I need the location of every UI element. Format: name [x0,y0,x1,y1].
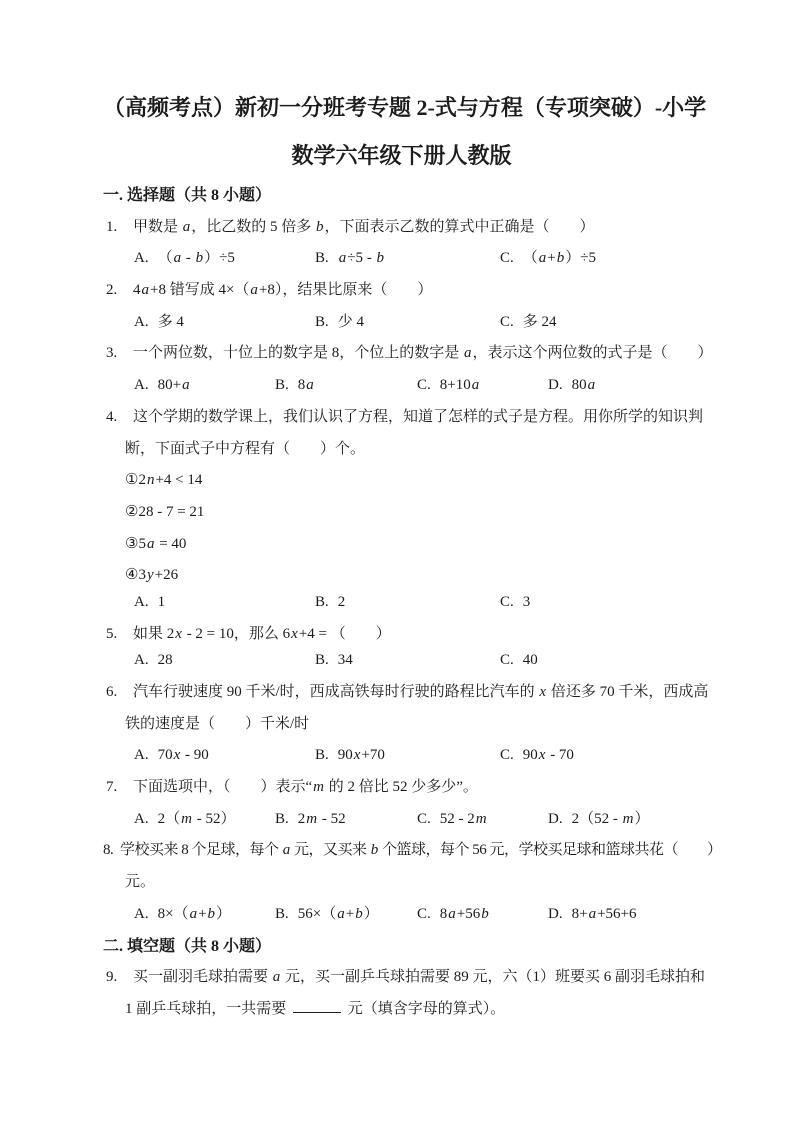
option-label: B. [275,906,289,922]
question-6-options: A.70x - 90 B.90x+70 C.90x - 70 [103,740,700,772]
question-7: 7.下面选项中，（ ）表示“m 的 2 倍比 52 少多少”。 [103,772,700,804]
text-run: - 52） [193,811,236,827]
question-7-option-d: D.2（52 - m） [548,804,649,836]
option-expression: 8a [298,377,315,393]
text-run: 40 [523,652,538,668]
option-expression: 2m - 52 [298,811,346,827]
question-8-number: 8. [103,835,120,867]
option-expression: 80+a [158,377,191,393]
math-variable: a [588,906,598,922]
math-variable: m [622,811,635,827]
text-run: ，表示这个两位数的式子是（ ） [473,345,713,361]
question-2: 2.4a+8 错写成 4×（a+8），结果比原来（ ） [103,275,700,307]
math-variable: b [315,219,325,235]
text-run: +8 错写成 4×（ [150,282,249,298]
text-run: 个篮球，每个 56 元，学校买足球和篮球共花（ ） [379,842,722,858]
option-label: B. [315,250,329,266]
question-3-option-c: C.8+10a [417,370,480,402]
option-expression: 2 [338,594,346,610]
section-heading-choice: 一. 选择题（共 8 小题） [103,180,700,212]
question-4-option-c: C.3 [500,587,530,619]
option-label: D. [548,906,563,922]
question-7-options: A.2（m - 52） B.2m - 52 C.52 - 2m D.2（52 -… [103,804,700,836]
text-run: 2 [338,594,346,610]
text-run: 下面选项中，（ ）表示“ [133,779,312,795]
option-expression: 3 [523,594,531,610]
option-expression: 2（m - 52） [158,811,236,827]
option-expression: （a+b）÷5 [523,250,596,266]
text-run: 2（52 - [572,811,622,827]
question-8-text-line-1: 学校买来 8 个足球，每个 a 元，又买来 b 个篮球，每个 56 元，学校买足… [120,842,722,858]
question-7-text: 下面选项中，（ ）表示“m 的 2 倍比 52 少多少”。 [133,779,478,795]
math-variable: a [173,250,183,266]
document-title: （高频考点）新初一分班考专题 2-式与方程（专项突破）-小学 数学六年级下册人教… [103,84,700,180]
question-2-number: 2. [103,275,133,307]
text-run: 的 2 倍比 52 少多少”。 [325,779,478,795]
question-7-option-b: B.2m - 52 [275,804,346,836]
fill-blank-underline [293,998,341,1013]
option-label: C. [417,377,431,393]
question-3-option-d: D.80a [548,370,596,402]
text-run: 买一副羽毛球拍需要 [133,969,272,985]
text-run: 1 副乒乓球拍，一共需要 [125,1001,290,1017]
math-variable: a [181,377,191,393]
option-label: A. [134,250,149,266]
question-9-text-line-2: 1 副乒乓球拍，一共需要 元（填含字母的算式）。 [103,994,700,1026]
text-run: ）÷5 [565,250,596,266]
option-label: B. [315,747,329,763]
option-label: C. [500,250,514,266]
question-5-option-a: A.28 [134,645,173,677]
math-variable: b [354,906,364,922]
text-run: 倍还多 70 千米，西成高 [547,684,708,700]
question-8-text-line-2: 元。 [103,867,700,899]
text-run: 8+ [572,906,588,922]
text-run: - 90 [181,747,209,763]
text-run: 少 4 [338,314,364,330]
question-2-option-a: A.多 4 [134,307,184,339]
section-heading-fill: 二. 填空题（共 8 小题） [103,931,700,963]
text-run: 52 - 2 [440,811,475,827]
text-run: 3 [523,594,531,610]
option-expression: 70x - 90 [158,747,209,763]
math-variable: x [173,747,182,763]
option-label: B. [315,594,329,610]
question-8: 8.学校买来 8 个足球，每个 a 元，又买来 b 个篮球，每个 56 元，学校… [103,835,700,867]
text-run: + [547,250,555,266]
question-1-option-b: B.a÷5 - b [315,243,385,275]
text-run: - 70 [546,747,574,763]
question-2-option-b: B.少 4 [315,307,364,339]
option-expression: 34 [338,652,353,668]
math-variable: a [463,345,473,361]
question-3-options: A.80+a B.8a C.8+10a D.80a [103,370,700,402]
math-variable: x [290,626,299,642]
option-label: D. [548,377,563,393]
math-variable: a [538,250,548,266]
math-variable: a [249,282,259,298]
question-8-option-a: A.8×（a+b） [134,899,231,931]
question-5-options: A.28 B.34 C.40 [103,645,700,677]
option-expression: 多 4 [158,314,184,330]
option-label: C. [500,652,514,668]
math-variable: a [471,377,481,393]
text-run: 元。 [125,874,155,890]
text-run: 多 4 [158,314,184,330]
text-run: 80 [572,377,587,393]
question-9-number: 9. [103,962,133,994]
question-2-options: A.多 4 B.少 4 C.多 24 [103,307,700,339]
text-run: ） [364,906,379,922]
text-run: +8），结果比原来（ ） [259,282,432,298]
option-label: A. [134,377,149,393]
question-4-text-line-2: 断，下面式子中方程有（ ）个。 [103,434,700,466]
question-4: 4.这个学期的数学课上，我们认识了方程，知道了怎样的式子是方程。用你所学的知识判 [103,402,700,434]
text-run: 56×（ [298,906,336,922]
option-expression: 90x - 70 [523,747,574,763]
text-run: + [346,906,354,922]
option-expression: 2（52 - m） [572,811,650,827]
option-expression: 90x+70 [338,747,385,763]
option-label: A. [134,652,149,668]
document-title-line-2: 数学六年级下册人教版 [103,132,700,180]
text-run: +4 < 14 [155,472,202,488]
math-variable: a [447,906,457,922]
text-run: +70 [361,747,384,763]
text-run: ①2 [125,472,146,488]
question-9: 9.买一副羽毛球拍需要 a 元，买一副乒乓球拍需要 89 元，六（1）班要买 6… [103,962,700,994]
option-expression: a÷5 - b [338,250,385,266]
option-label: B. [315,652,329,668]
option-expression: （a - b）÷5 [158,250,235,266]
text-run: （ [158,250,173,266]
text-run: - 2 = 10，那么 6 [183,626,290,642]
text-run: 汽车行驶速度 90 千米/时，西成高铁每时行驶的路程比汽车的 [133,684,538,700]
question-6: 6.汽车行驶速度 90 千米/时，西成高铁每时行驶的路程比汽车的 x 倍还多 7… [103,677,700,709]
question-4-item-2: ②28 - 7 = 21 [103,497,700,529]
text-run: 这个学期的数学课上，我们认识了方程，知道了怎样的式子是方程。用你所学的知识判 [133,409,703,425]
question-1-option-c: C.（a+b）÷5 [500,243,596,275]
question-1-text: 甲数是 a，比乙数的 5 倍多 b，下面表示乙数的算式中正确是（ ） [133,219,595,235]
math-variable: b [195,250,205,266]
question-6-option-a: A.70x - 90 [134,740,209,772]
question-3-option-b: B.8a [275,370,315,402]
option-expression: 28 [158,652,173,668]
option-label: A. [134,906,149,922]
option-expression: 少 4 [338,314,364,330]
option-expression: 52 - 2m [440,811,488,827]
math-variable: a [305,377,315,393]
math-variable: b [376,250,386,266]
option-label: A. [134,811,149,827]
text-run: ，下面表示乙数的算式中正确是（ ） [325,219,595,235]
question-7-option-c: C.52 - 2m [417,804,488,836]
document-page: （高频考点）新初一分班考专题 2-式与方程（专项突破）-小学 数学六年级下册人教… [0,0,793,1122]
option-expression: 8×（a+b） [158,906,231,922]
math-variable: y [146,567,155,583]
question-7-number: 7. [103,772,133,804]
math-variable: a [336,906,346,922]
option-expression: 8a+56b [440,906,490,922]
option-expression: 1 [158,594,166,610]
question-3-option-a: A.80+a [134,370,191,402]
math-variable: a [338,250,348,266]
question-8-option-c: C.8a+56b [417,899,490,931]
option-expression: 80a [572,377,597,393]
question-4-option-a: A.1 [134,587,165,619]
question-4-item-1: ①2n+4 < 14 [103,465,700,497]
text-run: ）÷5 [204,250,235,266]
option-expression: 40 [523,652,538,668]
math-variable: a [189,906,199,922]
text-run: 如果 2 [133,626,174,642]
text-run: 学校买来 8 个足球，每个 [120,842,282,858]
text-run: 70 [158,747,173,763]
text-run: +26 [155,567,178,583]
question-4-options: A.1 B.2 C.3 [103,587,700,619]
text-run: +56 [457,906,480,922]
question-4-option-b: B.2 [315,587,345,619]
question-8-options: A.8×（a+b） B.56×（a+b） C.8a+56b D.8+a+56+6 [103,899,700,931]
text-run: - [182,250,195,266]
option-label: A. [134,747,149,763]
text-run: ） [216,906,231,922]
option-label: C. [500,747,514,763]
math-variable: b [556,250,566,266]
math-variable: m [312,779,325,795]
question-8-option-d: D.8+a+56+6 [548,899,636,931]
option-label: C. [417,906,431,922]
text-run: 28 [158,652,173,668]
option-label: D. [548,811,563,827]
text-run: 80+ [158,377,181,393]
math-variable: a [282,842,291,858]
text-run: 多 24 [523,314,557,330]
question-1-option-a: A.（a - b）÷5 [134,243,235,275]
text-run: 8+10 [440,377,471,393]
question-9-text-line-1: 买一副羽毛球拍需要 a 元，买一副乒乓球拍需要 89 元，六（1）班要买 6 副… [133,969,705,985]
text-run: - 52 [318,811,346,827]
text-run: = 40 [155,536,186,552]
question-1-options: A.（a - b）÷5 B.a÷5 - b C.（a+b）÷5 [103,243,700,275]
option-expression: 多 24 [523,314,557,330]
math-variable: m [475,811,488,827]
math-variable: m [305,811,318,827]
math-variable: b [480,906,490,922]
question-3-number: 3. [103,338,133,370]
math-variable: a [272,969,282,985]
option-label: A. [134,314,149,330]
text-run: 90 [523,747,538,763]
question-4-item-3: ③5a = 40 [103,529,700,561]
text-run: 34 [338,652,353,668]
text-run: 2（ [158,811,181,827]
question-7-option-a: A.2（m - 52） [134,804,235,836]
option-label: B. [275,811,289,827]
option-expression: 56×（a+b） [298,906,379,922]
question-6-option-b: B.90x+70 [315,740,385,772]
option-label: C. [500,594,514,610]
math-variable: a [141,282,151,298]
question-6-text-line-1: 汽车行驶速度 90 千米/时，西成高铁每时行驶的路程比汽车的 x 倍还多 70 … [133,684,708,700]
option-label: C. [500,314,514,330]
text-run: 8×（ [158,906,189,922]
text-run: 元，买一副乒乓球拍需要 89 元，六（1）班要买 6 副羽毛球拍和 [281,969,705,985]
text-run: + [198,906,206,922]
question-5-text: 如果 2x - 2 = 10，那么 6x+4 = （ ） [133,626,391,642]
text-run: 铁的速度是（ ）千米/时 [125,716,309,732]
text-run: +4 = （ ） [299,626,391,642]
option-expression: 8+10a [440,377,480,393]
math-variable: x [174,626,183,642]
question-5-option-b: B.34 [315,645,353,677]
math-variable: b [370,842,379,858]
option-expression: 8+a+56+6 [572,906,637,922]
text-run: 元（填含字母的算式）。 [344,1001,505,1017]
question-3: 3.一个两位数，十位上的数字是 8，个位上的数字是 a，表示这个两位数的式子是（… [103,338,700,370]
question-4-text-line-1: 这个学期的数学课上，我们认识了方程，知道了怎样的式子是方程。用你所学的知识判 [133,409,703,425]
question-5-option-c: C.40 [500,645,538,677]
question-1-number: 1. [103,212,133,244]
text-run: 甲数是 [133,219,182,235]
question-6-text-line-2: 铁的速度是（ ）千米/时 [103,709,700,741]
question-1: 1.甲数是 a，比乙数的 5 倍多 b，下面表示乙数的算式中正确是（ ） [103,212,700,244]
question-8-option-b: B.56×（a+b） [275,899,379,931]
text-run: 一个两位数，十位上的数字是 8，个位上的数字是 [133,345,463,361]
text-run: 90 [338,747,353,763]
question-2-option-c: C.多 24 [500,307,557,339]
text-run: +56+6 [597,906,636,922]
math-variable: m [180,811,193,827]
option-label: B. [315,314,329,330]
option-label: B. [275,377,289,393]
text-run: ，比乙数的 5 倍多 [191,219,315,235]
text-run: 元，又买来 [291,842,370,858]
math-variable: b [207,906,217,922]
text-run: ） [634,811,649,827]
option-label: C. [417,811,431,827]
text-run: （ [523,250,538,266]
text-run: ④3 [125,567,146,583]
math-variable: a [587,377,597,393]
question-6-number: 6. [103,677,133,709]
text-run: ③5 [125,536,146,552]
question-3-text: 一个两位数，十位上的数字是 8，个位上的数字是 a，表示这个两位数的式子是（ ） [133,345,713,361]
option-label: A. [134,594,149,610]
document-title-line-1: （高频考点）新初一分班考专题 2-式与方程（专项突破）-小学 [103,84,700,132]
math-variable: x [538,684,547,700]
question-6-option-c: C.90x - 70 [500,740,574,772]
text-run: ②28 - 7 = 21 [125,504,204,520]
question-2-text: 4a+8 错写成 4×（a+8），结果比原来（ ） [133,282,432,298]
math-variable: a [182,219,192,235]
text-run: 1 [158,594,166,610]
text-run: ÷5 - [347,250,375,266]
text-run: 断，下面式子中方程有（ ）个。 [125,441,365,457]
text-run: 4 [133,282,141,298]
question-4-number: 4. [103,402,133,434]
document-body: （高频考点）新初一分班考专题 2-式与方程（专项突破）-小学 数学六年级下册人教… [103,84,700,1026]
